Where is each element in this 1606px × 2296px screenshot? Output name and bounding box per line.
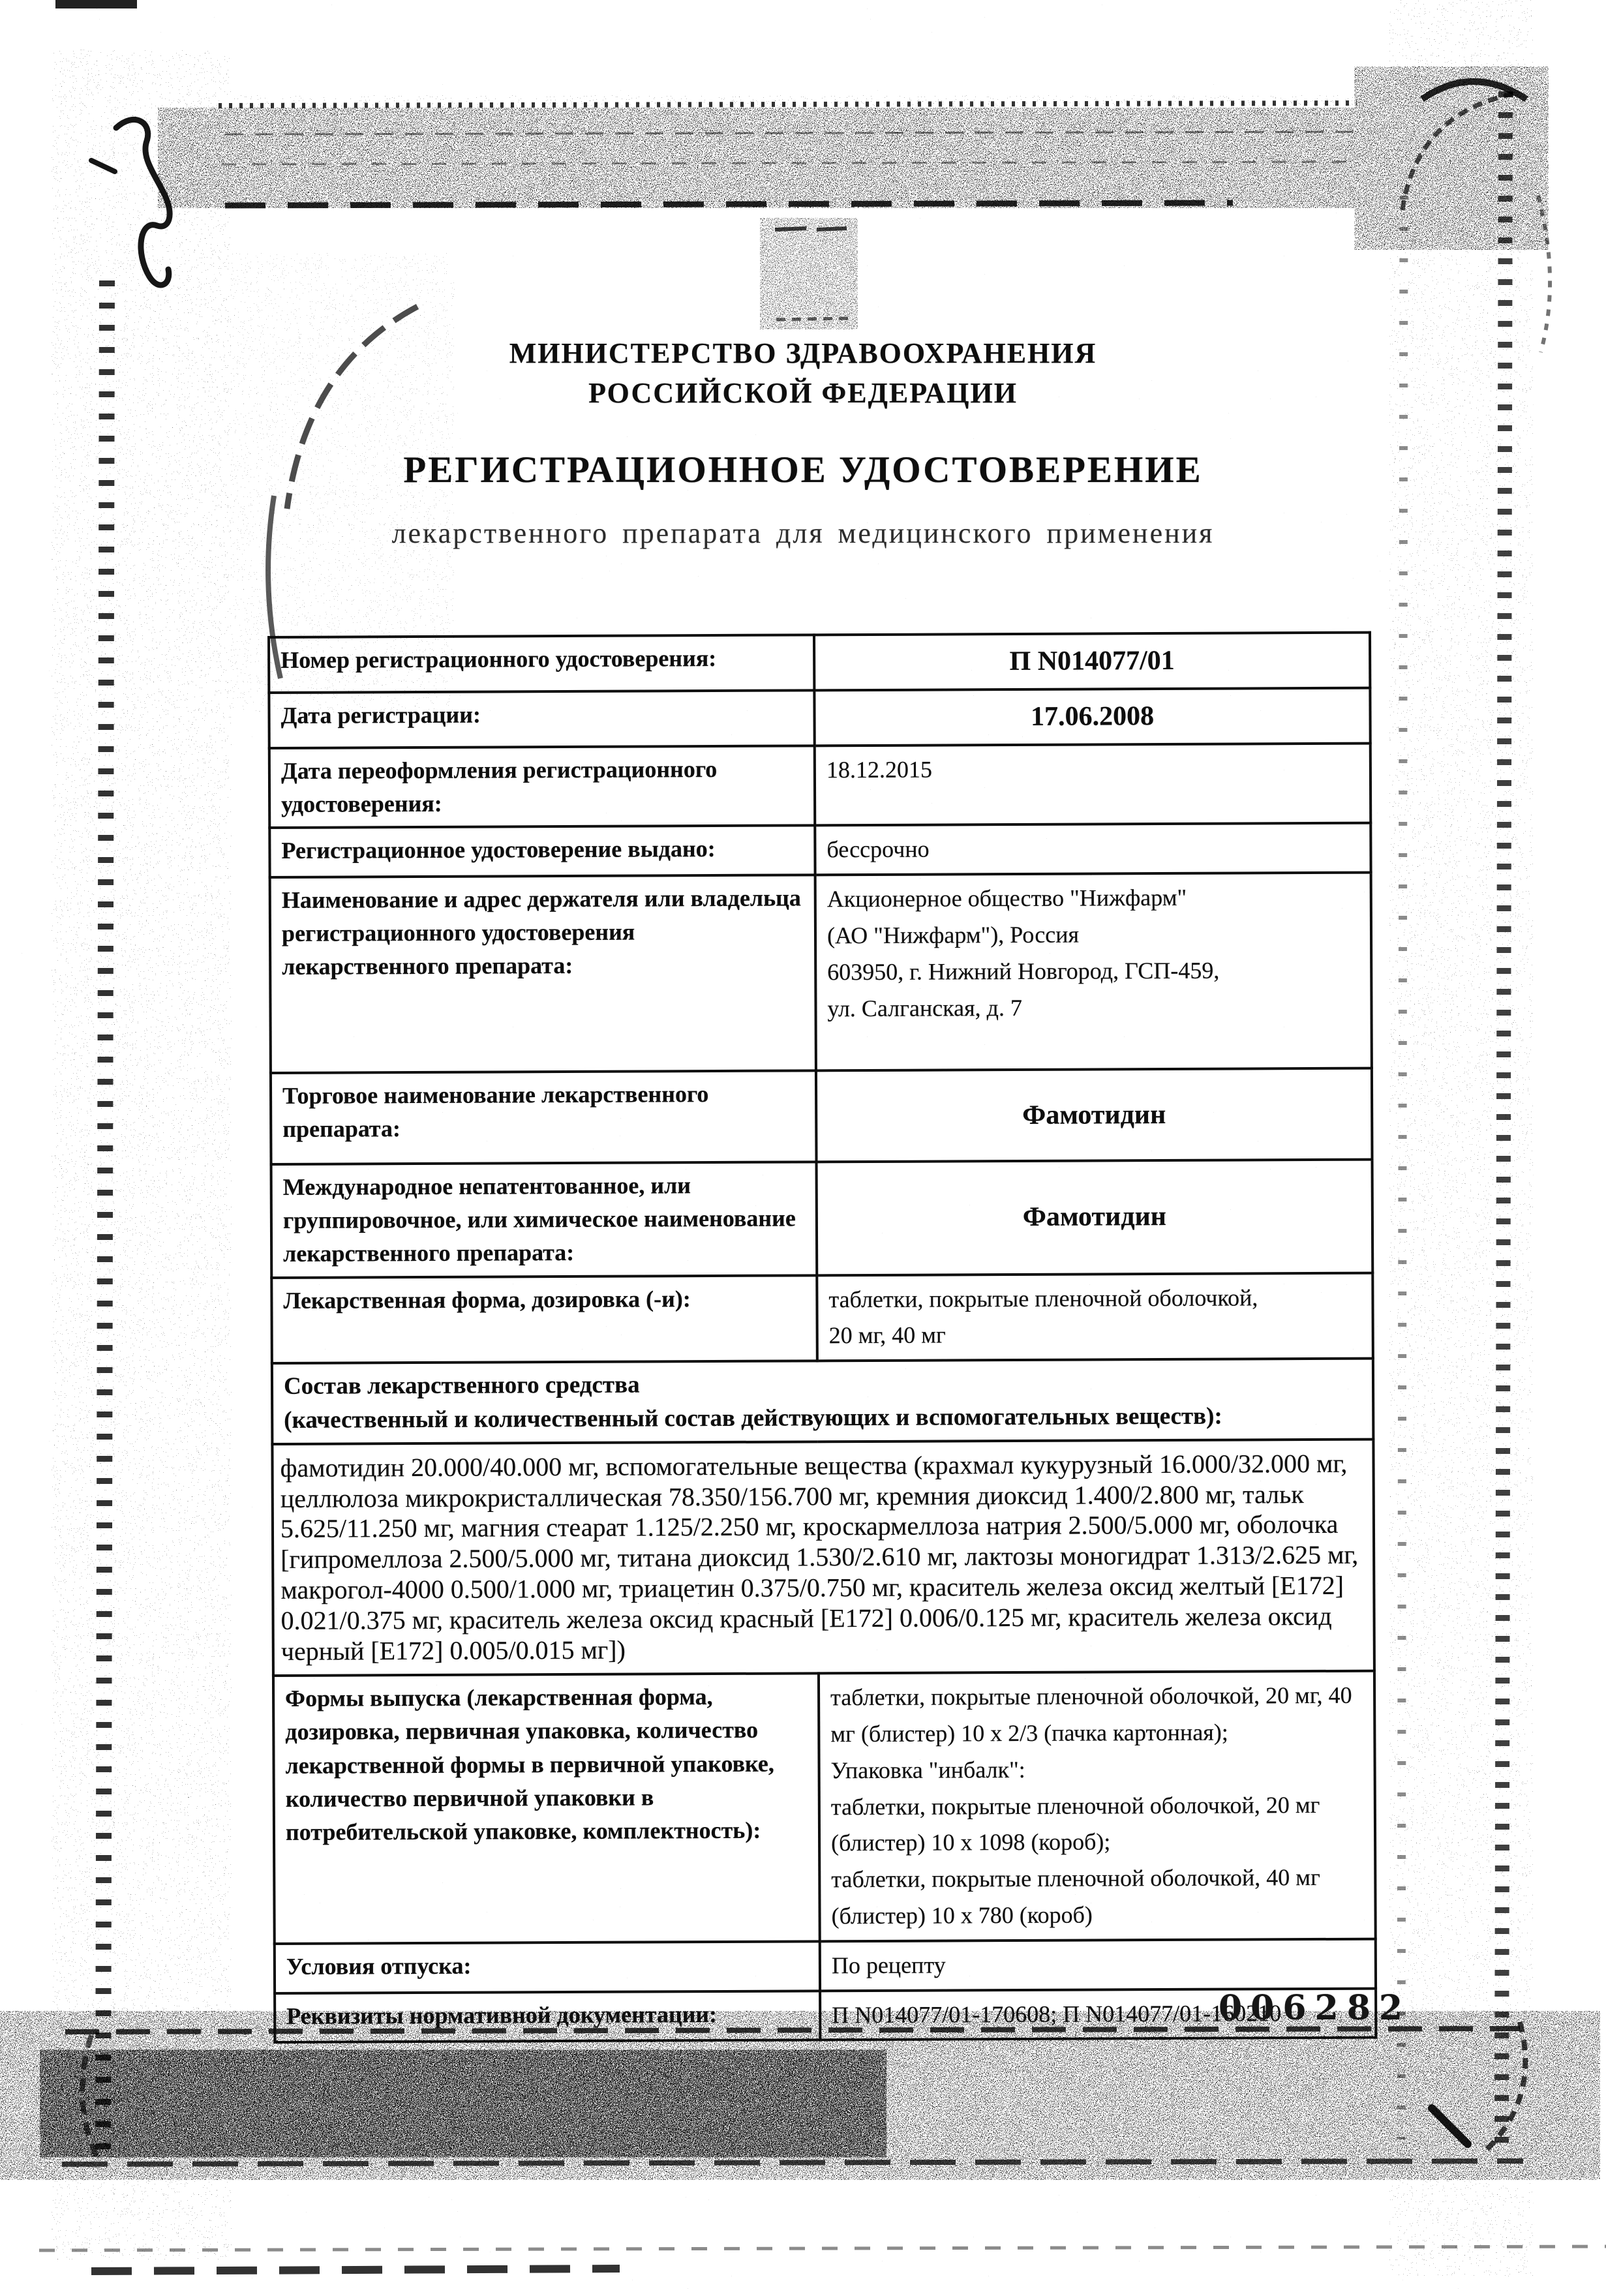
- field-label: Дата регистрации:: [269, 690, 814, 748]
- field-value: таблетки, покрытые пленочной оболочкой, …: [817, 1273, 1373, 1361]
- document-content: МИНИСТЕРСТВО ЗДРАВООХРАНЕНИЯ РОССИЙСКОЙ …: [0, 0, 1606, 2296]
- page-subtitle: лекарственного препарата для медицинског…: [0, 517, 1606, 550]
- table-row: Дата регистрации:17.06.2008: [269, 688, 1370, 748]
- field-value: 18.12.2015: [815, 744, 1371, 826]
- table-row: Международное непатентованное, или групп…: [271, 1160, 1373, 1278]
- field-value: 17.06.2008: [814, 688, 1370, 746]
- page-title: РЕГИСТРАЦИОННОЕ УДОСТОВЕРЕНИЕ: [0, 449, 1606, 491]
- table-row: Регистрационное удостоверение выдано:бес…: [269, 823, 1371, 877]
- table-row: Лекарственная форма, дозировка (-и):табл…: [271, 1273, 1373, 1363]
- ministry-header: МИНИСТЕРСТВО ЗДРАВООХРАНЕНИЯ РОССИЙСКОЙ …: [0, 334, 1606, 413]
- field-label: Лекарственная форма, дозировка (-и):: [271, 1275, 817, 1363]
- field-value: бессрочно: [815, 823, 1371, 875]
- field-label: Международное непатентованное, или групп…: [271, 1162, 817, 1278]
- field-label: Регистрационное удостоверение выдано:: [269, 826, 815, 877]
- table-row: Состав лекарственного средства (качестве…: [272, 1359, 1374, 1444]
- field-label: Дата переоформления регистрационного удо…: [269, 746, 815, 828]
- field-value: таблетки, покрытые пленочной оболочкой, …: [819, 1671, 1376, 1941]
- registration-table: Номер регистрационного удостоверения:П N…: [267, 631, 1377, 2044]
- table-row: Формы выпуска (лекарственная форма, дози…: [273, 1671, 1376, 1944]
- table-row: фамотидин 20.000/40.000 мг, вспомогатель…: [272, 1439, 1374, 1676]
- section-heading-cell: Состав лекарственного средства (качестве…: [272, 1359, 1374, 1444]
- scanned-certificate-page: МИНИСТЕРСТВО ЗДРАВООХРАНЕНИЯ РОССИЙСКОЙ …: [0, 0, 1606, 2296]
- field-value: Фамотидин: [817, 1160, 1373, 1275]
- field-label: Формы выпуска (лекарственная форма, дози…: [273, 1674, 820, 1944]
- table-row: Номер регистрационного удостоверения:П N…: [269, 633, 1370, 693]
- field-label: Реквизиты нормативной документации:: [275, 1991, 820, 2042]
- field-label: Торговое наименование лекарственного пре…: [271, 1071, 817, 1165]
- table-row: Торговое наименование лекарственного пре…: [271, 1068, 1372, 1164]
- field-value: Фамотидин: [816, 1068, 1372, 1162]
- registration-table-body: Номер регистрационного удостоверения:П N…: [269, 633, 1376, 2043]
- composition-cell: фамотидин 20.000/40.000 мг, вспомогатель…: [272, 1439, 1374, 1676]
- field-label: Номер регистрационного удостоверения:: [269, 635, 814, 693]
- field-value: По рецепту: [820, 1939, 1376, 1991]
- table-row: Дата переоформления регистрационного удо…: [269, 744, 1371, 828]
- field-value: Акционерное общество "Нижфарм" (АО "Нижф…: [815, 873, 1372, 1071]
- table-row: Наименование и адрес держателя или владе…: [270, 873, 1372, 1073]
- stamp-number: 006282: [1219, 1988, 1411, 2028]
- table-row: Реквизиты нормативной документации:П N01…: [275, 1988, 1376, 2042]
- ministry-line-1: МИНИСТЕРСТВО ЗДРАВООХРАНЕНИЯ: [0, 334, 1606, 374]
- table-row: Условия отпуска:По рецепту: [275, 1939, 1376, 1993]
- ministry-line-2: РОССИЙСКОЙ ФЕДЕРАЦИИ: [0, 374, 1606, 414]
- field-label: Наименование и адрес держателя или владе…: [270, 875, 816, 1074]
- field-label: Условия отпуска:: [275, 1941, 820, 1993]
- field-value: П N014077/01: [814, 633, 1370, 691]
